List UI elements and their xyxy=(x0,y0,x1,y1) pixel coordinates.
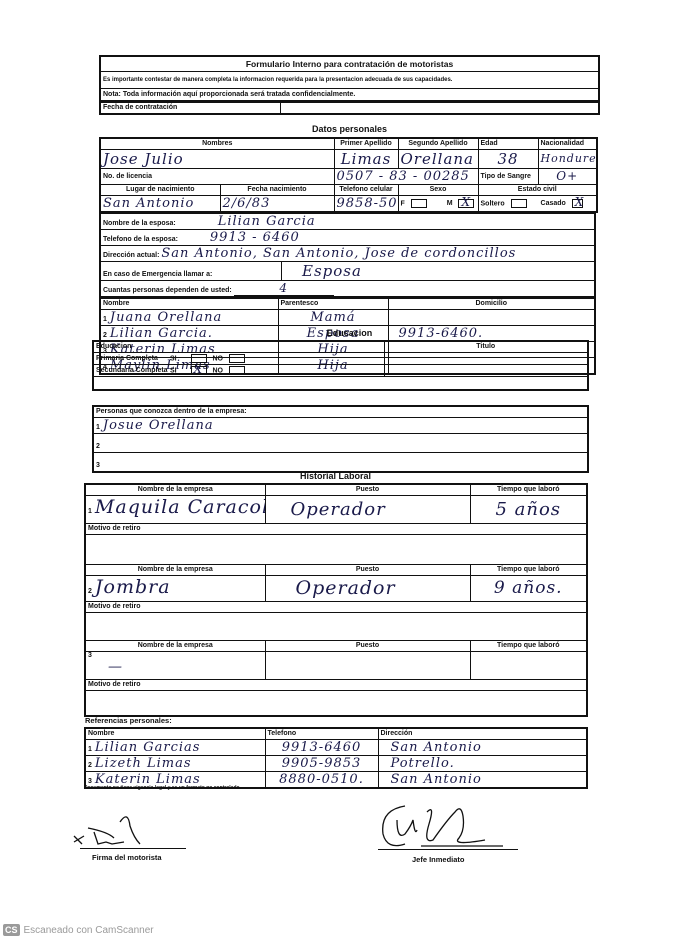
driver-signature-line xyxy=(80,848,186,849)
row-number: 2 xyxy=(88,588,92,595)
family-name-field[interactable]: Juana Orellana xyxy=(110,310,222,325)
spouse-phone-row: Telefono de la esposa: 9913 - 6460 xyxy=(100,229,595,245)
work-entry-row: 1Maquila Caracol Operador 5 años xyxy=(85,495,587,523)
work-motivo-field[interactable] xyxy=(85,534,587,564)
casado-checkbox[interactable]: X xyxy=(572,199,583,208)
dependents-field[interactable]: 4 xyxy=(234,281,334,296)
casado-mark: X xyxy=(575,195,584,209)
contact-row: 3 xyxy=(93,452,588,472)
ref-header-telefono: Telefono xyxy=(265,728,378,739)
ref-address-field[interactable]: Potrello. xyxy=(378,755,587,771)
education-header-left: Educacion xyxy=(93,341,384,352)
camscanner-logo-icon: CS xyxy=(3,924,20,936)
sexo-m-checkbox[interactable]: X xyxy=(458,199,474,208)
tipo-sangre-field[interactable]: O+ xyxy=(538,168,597,184)
primer-apellido-field[interactable]: Limas xyxy=(334,149,398,168)
row-number: 1 xyxy=(88,508,92,515)
header-edad: Edad xyxy=(478,138,538,149)
address-row: Dirección actual: San Antonio, San Anton… xyxy=(100,245,595,261)
licencia-field[interactable]: 0507 - 83 - 00285 xyxy=(334,168,478,184)
work-entry-row: 2Jombra Operador 9 años. xyxy=(85,575,587,601)
ref-header-direccion: Dirección xyxy=(378,728,587,739)
boss-signature xyxy=(375,800,505,850)
ref-header-nombre: Nombre xyxy=(85,728,265,739)
education-header-right: Titulo xyxy=(384,341,588,352)
work-empresa-field[interactable]: — xyxy=(108,659,123,675)
work-motivo-field[interactable] xyxy=(85,612,587,640)
boss-signature-label: Jefe Inmediato xyxy=(412,855,465,864)
education-table: Educacion Titulo Primaria Completa SI NO… xyxy=(92,340,589,391)
emergency-field[interactable]: Esposa xyxy=(281,262,362,280)
family-header-domicilio: Domicilio xyxy=(388,298,595,309)
work-puesto-field[interactable]: Operador xyxy=(265,575,470,601)
contact-row: 1Josue Orellana xyxy=(93,417,588,433)
primaria-si-label: SI xyxy=(170,355,177,362)
driver-signature-icon xyxy=(68,808,188,848)
secundaria-no-label: NO xyxy=(212,367,223,374)
spouse-name-field[interactable]: Lilian Garcia xyxy=(218,214,316,229)
sexo-f-label: F xyxy=(401,200,405,207)
edad-field[interactable]: 38 xyxy=(478,149,538,168)
header-primer-apellido: Primer Apellido xyxy=(334,138,398,149)
work-motivo-label: Motivo de retiro xyxy=(85,601,587,612)
boss-signature-line xyxy=(378,849,518,850)
work-tiempo-field[interactable]: 9 años. xyxy=(470,575,587,601)
nombres-field[interactable]: Jose Julio xyxy=(100,149,334,168)
work-puesto-field[interactable]: Operador xyxy=(265,495,470,523)
row-number: 3 xyxy=(88,778,92,785)
address-label: Dirección actual: xyxy=(103,252,159,259)
work-header-empresa: Nombre de la empresa xyxy=(85,564,265,575)
secundaria-row: Secundaria Completa SI X NO xyxy=(93,364,384,376)
work-header-puesto: Puesto xyxy=(265,640,470,651)
reference-row: 2Lizeth Limas 9905-9853 Potrello. xyxy=(85,755,587,771)
header-telefono: Telefono celular xyxy=(334,184,398,195)
ref-phone-field[interactable]: 9905-9853 xyxy=(265,755,378,771)
row-number: 1 xyxy=(96,424,100,431)
ref-address-field[interactable]: San Antonio xyxy=(378,739,587,755)
camscanner-footer: CS Escaneado con CamScanner xyxy=(3,924,154,936)
secundaria-no-checkbox[interactable] xyxy=(229,366,245,375)
work-header-puesto: Puesto xyxy=(265,484,470,495)
driver-signature-label: Firma del motorista xyxy=(92,853,162,862)
family-relation-field[interactable]: Mamá xyxy=(278,309,388,325)
emergency-label: En caso de Emergencia llamar a: xyxy=(103,271,281,278)
contact-name-field[interactable]: Josue Orellana xyxy=(103,418,214,433)
work-header-puesto: Puesto xyxy=(265,564,470,575)
disclaimer: Documento no tiene vigencia legal y es u… xyxy=(84,785,241,791)
primaria-titulo-field[interactable] xyxy=(384,352,588,364)
header-estado-civil: Estado civil xyxy=(478,184,597,195)
work-entry-row: 3— xyxy=(85,651,587,679)
spouse-phone-field[interactable]: 9913 - 6460 xyxy=(210,230,300,245)
work-tiempo-field[interactable]: 5 años xyxy=(470,495,587,523)
soltero-label: Soltero xyxy=(481,200,505,207)
references-table: Nombre Telefono Dirección 1Lilian Garcia… xyxy=(84,727,588,789)
education-blank-row[interactable] xyxy=(93,376,588,390)
spouse-phone-label: Telefono de la esposa: xyxy=(103,236,178,243)
form-title: Formulario Interno para contratación de … xyxy=(100,56,599,71)
dependents-row: Cuantas personas dependen de usted: 4 xyxy=(100,280,595,297)
form-header: Formulario Interno para contratación de … xyxy=(99,55,600,115)
work-header-tiempo: Tiempo que laboró xyxy=(470,564,587,575)
row-number: 3 xyxy=(88,652,92,659)
references-label: Referencias personales: xyxy=(85,716,172,725)
row-number: 2 xyxy=(88,762,92,769)
primaria-si-checkbox[interactable] xyxy=(191,354,207,363)
address-field[interactable]: San Antonio, San Antonio, Jose de cordon… xyxy=(161,246,516,261)
sexo-f-checkbox[interactable] xyxy=(411,199,427,208)
reference-row: 1Lilian Garcias 9913-6460 San Antonio xyxy=(85,739,587,755)
camscanner-text: Escaneado con CamScanner xyxy=(24,925,154,936)
secundaria-si-mark: X xyxy=(194,364,203,376)
lugar-nacimiento-field[interactable]: San Antonio xyxy=(100,195,220,212)
work-tiempo-field[interactable] xyxy=(470,651,587,679)
ref-name-field[interactable]: Lilian Garcias xyxy=(95,740,201,755)
primaria-row: Primaria Completa SI NO xyxy=(93,352,384,364)
sexo-field: F M X xyxy=(398,195,478,212)
spouse-name-label: Nombre de la esposa: xyxy=(103,220,176,227)
sexo-m-mark: X xyxy=(461,195,470,209)
ref-address-field[interactable]: San Antonio xyxy=(378,771,587,788)
form-note: Nota: Toda información aquí proporcionad… xyxy=(100,88,599,101)
contact-row: 2 xyxy=(93,433,588,452)
section-title-work: Historial Laboral xyxy=(85,471,586,481)
work-motivo-label: Motivo de retiro xyxy=(85,679,587,690)
section-title-education: Educacion xyxy=(99,328,600,338)
estado-civil-field: Soltero Casado X xyxy=(478,195,597,212)
secundaria-label: Secundaria Completa xyxy=(96,367,168,374)
family-address-field[interactable] xyxy=(388,309,595,325)
row-number: 3 xyxy=(96,462,100,469)
work-header-tiempo: Tiempo que laboró xyxy=(470,484,587,495)
sexo-m-label: M xyxy=(447,200,453,207)
work-header-tiempo: Tiempo que laboró xyxy=(470,640,587,651)
secundaria-si-checkbox[interactable]: X xyxy=(191,366,207,375)
header-sexo: Sexo xyxy=(398,184,478,195)
ref-name-field[interactable]: Lizeth Limas xyxy=(95,756,192,771)
section-title-personal: Datos personales xyxy=(99,124,600,134)
form-instruction: Es importante contestar de manera comple… xyxy=(100,71,599,88)
emergency-row: En caso de Emergencia llamar a:Esposa xyxy=(100,261,595,280)
row-number: 1 xyxy=(88,746,92,753)
secundaria-titulo-field[interactable] xyxy=(384,364,588,376)
work-motivo-field[interactable] xyxy=(85,690,587,716)
work-header-empresa: Nombre de la empresa xyxy=(85,484,265,495)
hire-date-field[interactable] xyxy=(280,103,599,114)
dependents-label: Cuantas personas dependen de usted: xyxy=(103,287,232,294)
casado-label: Casado xyxy=(541,200,566,207)
header-segundo-apellido: Segundo Apellido xyxy=(398,138,478,149)
work-motivo-label: Motivo de retiro xyxy=(85,523,587,534)
secundaria-si-label: SI xyxy=(170,367,177,374)
primaria-no-label: NO xyxy=(212,355,223,362)
company-contacts-table: Personas que conozca dentro de la empres… xyxy=(92,405,589,473)
personal-data-table: Nombres Primer Apellido Segundo Apellido… xyxy=(99,137,596,375)
tipo-sangre-label: Tipo de Sangre xyxy=(478,168,538,184)
header-lugar-nacimiento: Lugar de nacimiento xyxy=(100,184,220,195)
telefono-field[interactable]: 9858-5019 xyxy=(334,195,398,212)
fecha-nacimiento-field[interactable]: 2/6/83 xyxy=(220,195,334,212)
ref-phone-field[interactable]: 9913-6460 xyxy=(265,739,378,755)
work-empresa-field[interactable]: Maquila Caracol xyxy=(95,496,265,518)
primaria-no-checkbox[interactable] xyxy=(229,354,245,363)
work-history: Nombre de la empresa Puesto Tiempo que l… xyxy=(84,483,588,717)
contacts-label: Personas que conozca dentro de la empres… xyxy=(93,406,588,417)
work-header-empresa: Nombre de la empresa xyxy=(85,640,265,651)
family-header-nombre: Nombre xyxy=(100,298,278,309)
licencia-label: No. de licencia xyxy=(100,168,334,184)
hire-date-label: Fecha de contratación xyxy=(100,103,280,114)
segundo-apellido-field[interactable]: Orellana xyxy=(398,149,478,168)
header-nacionalidad: Nacionalidad xyxy=(538,138,597,149)
primaria-label: Primaria Completa xyxy=(96,355,168,362)
family-row: 1Juana Orellana Mamá xyxy=(100,309,595,325)
header-fecha-nacimiento: Fecha nacimiento xyxy=(220,184,334,195)
work-puesto-field[interactable] xyxy=(265,651,470,679)
row-number: 2 xyxy=(96,443,100,450)
driver-signature xyxy=(68,808,188,848)
spouse-name-row: Nombre de la esposa: Lilian Garcia xyxy=(100,213,595,229)
ref-phone-field[interactable]: 8880-0510. xyxy=(265,771,378,788)
boss-signature-icon xyxy=(375,800,505,850)
family-header-parentesco: Parentesco xyxy=(278,298,388,309)
soltero-checkbox[interactable] xyxy=(511,199,527,208)
work-empresa-field[interactable]: Jombra xyxy=(95,576,171,598)
row-number: 1 xyxy=(103,316,107,323)
header-nombres: Nombres xyxy=(100,138,334,149)
nacionalidad-field[interactable]: Hondureña xyxy=(538,149,597,168)
